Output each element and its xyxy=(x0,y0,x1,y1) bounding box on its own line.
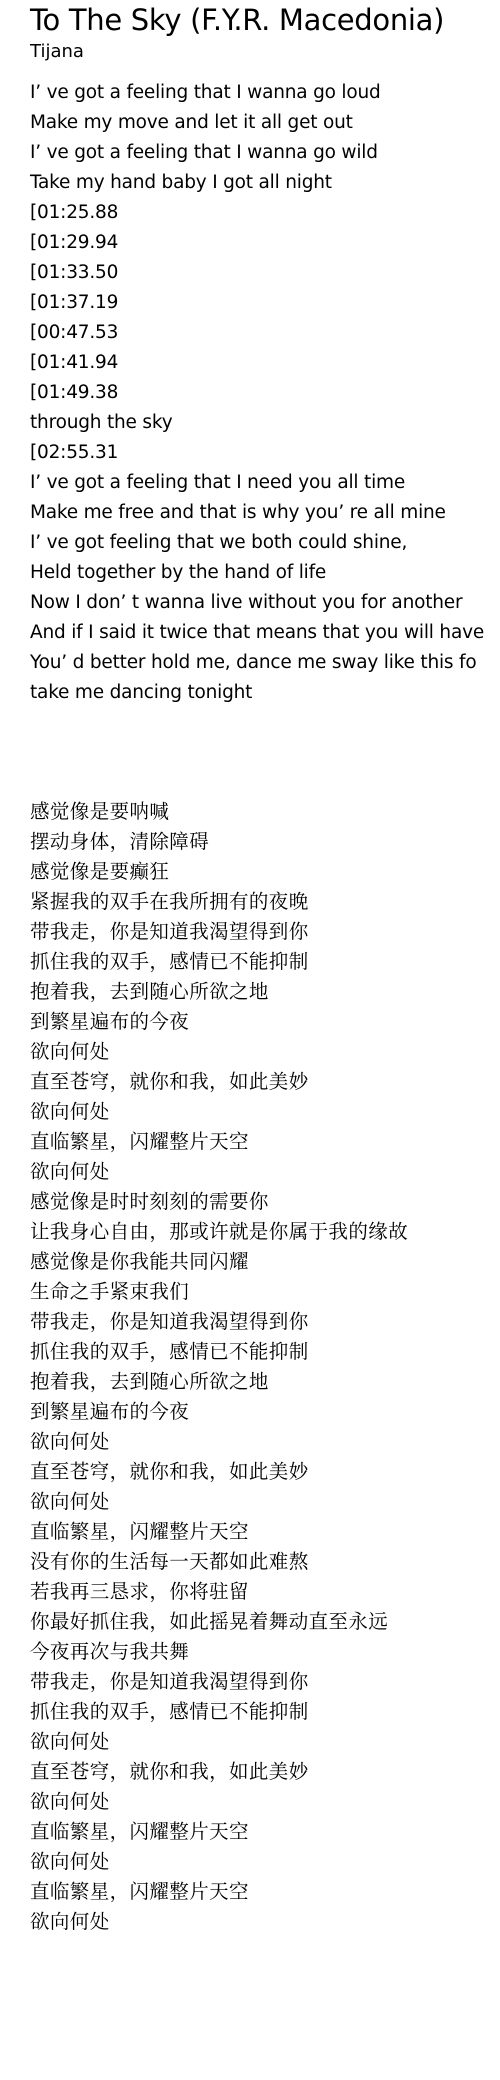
translation-line: 到繁星遍布的今夜 xyxy=(30,1007,408,1037)
lyric-line: take me dancing tonight xyxy=(30,678,484,708)
translation-line: 抓住我的双手，感情已不能抑制 xyxy=(30,947,408,977)
lyric-line: I’ ve got a feeling that I need you all … xyxy=(30,468,484,498)
translation-line: 欲向何处 xyxy=(30,1787,408,1817)
lyric-line: through the sky xyxy=(30,408,484,438)
lyric-line: Now I don’ t wanna live without you for … xyxy=(30,588,484,618)
translation-line: 若我再三恳求，你将驻留 xyxy=(30,1577,408,1607)
lyric-timestamp: [00:47.53 xyxy=(30,318,484,348)
translation-line: 欲向何处 xyxy=(30,1157,408,1187)
translation-line: 抱着我，去到随心所欲之地 xyxy=(30,1367,408,1397)
translation-line: 带我走，你是知道我渴望得到你 xyxy=(30,1667,408,1697)
translation-line: 直临繁星，闪耀整片天空 xyxy=(30,1127,408,1157)
artist-name: Tijana xyxy=(30,40,84,64)
translation-line: 感觉像是时时刻刻的需要你 xyxy=(30,1187,408,1217)
translation-line: 抓住我的双手，感情已不能抑制 xyxy=(30,1697,408,1727)
translation-line: 欲向何处 xyxy=(30,1487,408,1517)
lyric-timestamp: [01:33.50 xyxy=(30,258,484,288)
lyrics-page: To The Sky (F.Y.R. Macedonia) Tijana I’ … xyxy=(0,0,500,2080)
lyric-line: Held together by the hand of life xyxy=(30,558,484,588)
lyric-timestamp: [01:41.94 xyxy=(30,348,484,378)
translation-line: 感觉像是要呐喊 xyxy=(30,797,408,827)
translation-line: 欲向何处 xyxy=(30,1427,408,1457)
translation-line: 感觉像是要癫狂 xyxy=(30,857,408,887)
translation-line: 欲向何处 xyxy=(30,1847,408,1877)
lyric-timestamp: [01:29.94 xyxy=(30,228,484,258)
translated-lyrics: 感觉像是要呐喊 摆动身体，清除障碍 感觉像是要癫狂 紧握我的双手在我所拥有的夜晚… xyxy=(30,797,408,1937)
translation-line: 欲向何处 xyxy=(30,1727,408,1757)
translation-line: 带我走，你是知道我渴望得到你 xyxy=(30,1307,408,1337)
translation-line: 直临繁星，闪耀整片天空 xyxy=(30,1817,408,1847)
translation-line: 紧握我的双手在我所拥有的夜晚 xyxy=(30,887,408,917)
lyric-line: I’ ve got a feeling that I wanna go loud xyxy=(30,78,484,108)
song-title: To The Sky (F.Y.R. Macedonia) xyxy=(30,0,444,40)
translation-line: 欲向何处 xyxy=(30,1097,408,1127)
translation-line: 直临繁星，闪耀整片天空 xyxy=(30,1877,408,1907)
translation-line: 感觉像是你我能共同闪耀 xyxy=(30,1247,408,1277)
lyric-timestamp: [01:49.38 xyxy=(30,378,484,408)
translation-line: 生命之手紧束我们 xyxy=(30,1277,408,1307)
translation-line: 你最好抓住我，如此摇晃着舞动直至永远 xyxy=(30,1607,408,1637)
lyric-line: I’ ve got feeling that we both could shi… xyxy=(30,528,484,558)
lyric-timestamp: [02:55.31 xyxy=(30,438,484,468)
lyric-line: Take my hand baby I got all night xyxy=(30,168,484,198)
original-lyrics: I’ ve got a feeling that I wanna go loud… xyxy=(30,78,484,708)
translation-line: 让我身心自由，那或许就是你属于我的缘故 xyxy=(30,1217,408,1247)
lyric-line: I’ ve got a feeling that I wanna go wild xyxy=(30,138,484,168)
translation-line: 直至苍穹，就你和我，如此美妙 xyxy=(30,1067,408,1097)
translation-line: 直至苍穹，就你和我，如此美妙 xyxy=(30,1457,408,1487)
translation-line: 带我走，你是知道我渴望得到你 xyxy=(30,917,408,947)
translation-line: 到繁星遍布的今夜 xyxy=(30,1397,408,1427)
translation-line: 欲向何处 xyxy=(30,1907,408,1937)
translation-line: 抱着我，去到随心所欲之地 xyxy=(30,977,408,1007)
lyric-line: Make my move and let it all get out xyxy=(30,108,484,138)
translation-line: 今夜再次与我共舞 xyxy=(30,1637,408,1667)
translation-line: 没有你的生活每一天都如此难熬 xyxy=(30,1547,408,1577)
translation-line: 抓住我的双手，感情已不能抑制 xyxy=(30,1337,408,1367)
lyric-line: Make me free and that is why you’ re all… xyxy=(30,498,484,528)
translation-line: 摆动身体，清除障碍 xyxy=(30,827,408,857)
lyric-timestamp: [01:37.19 xyxy=(30,288,484,318)
lyric-line: And if I said it twice that means that y… xyxy=(30,618,484,648)
translation-line: 欲向何处 xyxy=(30,1037,408,1067)
lyric-line: You’ d better hold me, dance me sway lik… xyxy=(30,648,484,678)
translation-line: 直临繁星，闪耀整片天空 xyxy=(30,1517,408,1547)
translation-line: 直至苍穹，就你和我，如此美妙 xyxy=(30,1757,408,1787)
lyric-timestamp: [01:25.88 xyxy=(30,198,484,228)
